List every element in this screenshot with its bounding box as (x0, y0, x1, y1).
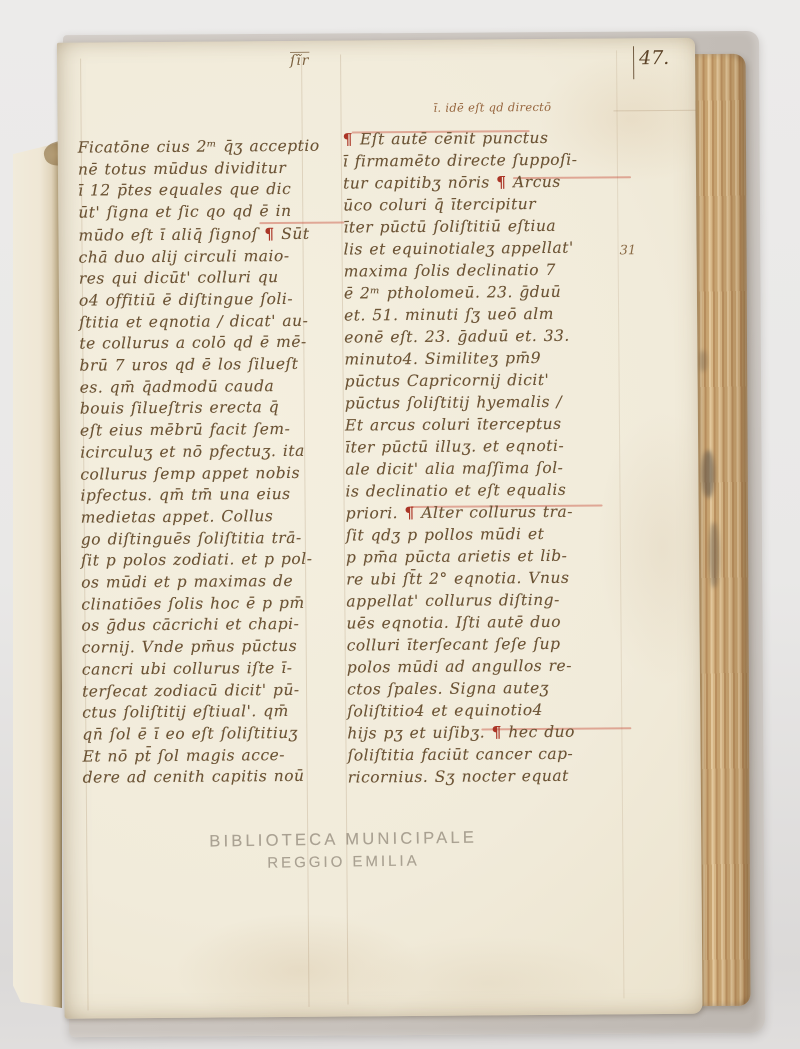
manuscript-text-line: hijs pʒ et uiſibʒ. ¶ hec duo (347, 721, 582, 745)
manuscript-text-line: tur capitibʒ nōris ¶ Arcus (343, 171, 578, 195)
text-segment: terſecat zodiacū dicit' pū- (82, 680, 300, 700)
manuscript-text-line: o4 offitiū ē diſtingue ſoli- (79, 289, 321, 313)
manuscript-text-line: pūctus Capricornij dicit' (345, 369, 580, 393)
manuscript-text-line: qn̄ ſol ē ī eo eſt ſoliſtitiuʒ (82, 723, 324, 747)
manuscript-text-line: os mūdi et p maximas de (81, 571, 323, 595)
manuscript-text-line: clinatiōes ſolis hoc ē p pm̄ (81, 592, 323, 616)
fore-edge-smudge (702, 450, 715, 498)
manuscript-text-line: os ḡdus cācrichi et chapi- (81, 614, 323, 638)
manuscript-text-line: ſit qdʒ p pollos mūdi et (346, 523, 581, 547)
manuscript-text-line: īter pūctū ſoliſtitiū eſtiua (343, 215, 578, 239)
manuscript-text-line: ūt' ſigna et ſic qo qd ē in (78, 201, 320, 225)
text-segment: nē totus mūdus dividitur (78, 159, 286, 179)
text-segment: te collurus a colō qd ē mē- (79, 333, 307, 353)
manuscript-text-line: īter pūctū illuʒ. et eqnoti- (345, 435, 580, 459)
library-stamp-line2: REGGIO EMILIA (168, 851, 518, 873)
text-segment: pūctus ſoliſtitij hyemalis / (345, 393, 563, 413)
text-segment: lis et equinotialeʒ appellat' (344, 239, 574, 259)
rubric-paraph-mark: ¶ (343, 129, 360, 148)
text-segment: clinatiōes ſolis hoc ē p pm̄ (81, 594, 304, 614)
manuscript-text-line: brū 7 uros qd ē los ſilueſt (79, 354, 321, 378)
text-segment: ſtitia et eqnotia / dicat' au- (79, 311, 308, 331)
text-segment: ricornius. Sʒ nocter equat (348, 767, 569, 787)
manuscript-text-line: et. 51. minuti ſʒ ueō alm (344, 303, 579, 327)
manuscript-text-line: appellat' collurus diſting- (346, 589, 581, 613)
manuscript-text-line: ī 12 p̄tes equales que dic (78, 179, 320, 203)
text-segment: ctos ſpales. Signa auteʒ (347, 679, 549, 699)
manuscript-text-line: maxima ſolis declinatio 7 (344, 259, 579, 283)
text-segment: medietas appet. Collus (81, 507, 274, 527)
text-segment: Sūt (275, 225, 310, 243)
manuscript-text-line: terſecat zodiacū dicit' pū- (82, 679, 324, 703)
manuscript-text-line: ipfectus. qm̄ tm̄ una eius (80, 484, 322, 508)
manuscript-text-line: ale dicit' alia maſſima ſol- (345, 457, 580, 481)
parchment-stain (174, 912, 425, 1029)
quire-mark: ſĩr (290, 53, 309, 69)
text-segment: colluri īterſecant ſeſe ſup (347, 635, 561, 655)
margin-gloss: ī. idē eſt qd directō (433, 100, 551, 116)
text-segment: ūt' ſigna et ſic qo qd ē in (78, 202, 291, 222)
manuscript-text-line: Ficatōne cius 2ᵐ q̄ʒ acceptio (78, 136, 320, 160)
text-segment: pūctus Capricornij dicit' (345, 371, 550, 391)
manuscript-text-line: eſt eius mēbrū facit ſem- (80, 419, 322, 443)
text-segment: icirculuʒ et nō pfectuʒ. ita (80, 442, 305, 462)
text-segment: es. qm̄ q̄admodū cauda (80, 377, 275, 397)
library-stamp: BIBLIOTECA MUNICIPALE REGGIO EMILIA (168, 828, 519, 873)
text-segment: ſoliſtitio4 et equinotio4 (347, 701, 543, 721)
text-segment: Ficatōne cius 2ᵐ q̄ʒ acceptio (78, 137, 320, 157)
manuscript-text-line: cancri ubi collurus iſte ī- (82, 658, 324, 682)
rubric-paraph-mark: ¶ (264, 224, 275, 243)
manuscript-text-line: Et arcus coluri īterceptus (345, 413, 580, 437)
manuscript-text-line: bouis ſilueſtris erecta q̄ (80, 397, 322, 421)
text-segment: tur capitibʒ nōris (343, 173, 496, 192)
manuscript-text-line: ī firmamēto directe ſuppoſi- (343, 149, 578, 173)
manuscript-text-line: go diſtinguēs ſoliſtitia trā- (81, 527, 323, 551)
manuscript-text-line: es. qm̄ q̄admodū cauda (80, 375, 322, 399)
manuscript-text-line: Et nō pt̄ ſol magis acce- (82, 744, 324, 768)
text-segment: īter pūctū ſoliſtitiū eſtiua (343, 217, 556, 237)
manuscript-text-line: ſit p polos zodiati. et p pol- (81, 549, 323, 573)
manuscript-page: ſĩr 47. ī. idē eſt qd directō 31 Ficatōn… (57, 38, 703, 1019)
text-segment: appellat' collurus diſting- (346, 591, 560, 611)
text-segment: collurus ſemp appet nobis (80, 463, 300, 483)
text-segment: īter pūctū illuʒ. et eqnoti- (345, 437, 564, 457)
text-segment: ſit qdʒ p pollos mūdi et (346, 525, 545, 545)
text-segment: Et arcus coluri īterceptus (345, 415, 562, 435)
manuscript-text-line: ūco coluri q̄ ītercipitur (343, 193, 578, 217)
manuscript-text-line: polos mūdi ad angullos re- (347, 655, 582, 679)
text-segment: os mūdi et p maximas de (81, 572, 293, 592)
text-segment: ſoliſtitia faciūt cancer cap- (347, 745, 573, 765)
facing-page-edge (13, 142, 62, 1008)
manuscript-text-line: ē 2ᵐ ptholomeū. 23. ḡduū (344, 281, 579, 305)
text-segment: brū 7 uros qd ē los ſilueſt (79, 355, 298, 375)
manuscript-text-line: medietas appet. Collus (81, 506, 323, 530)
text-column-right: ¶ Eſt autē cēnit punctusī firmamēto dire… (343, 127, 583, 789)
rubric-paraph-mark: ¶ (404, 503, 415, 522)
manuscript-text-line: mūdo eſt ī aliq̄ ſignoſ ¶ Sūt (78, 223, 320, 248)
folio-number: 47. (633, 46, 669, 79)
rubric-paraph-mark: ¶ (496, 172, 507, 191)
text-segment: ipfectus. qm̄ tm̄ una eius (80, 485, 290, 505)
text-segment: is declinatio et eſt equalis (345, 481, 566, 501)
rubric-paraph-mark: ¶ (492, 722, 503, 741)
manuscript-text-line: re ubi ſt̄t 2° eqnotia. Vnus (346, 567, 581, 591)
margin-number: 31 (620, 243, 637, 258)
manuscript-text-line: ctus ſoliſtitij eſtiual'. qm̄ (82, 701, 324, 725)
manuscript-text-line: pūctus ſoliſtitij hyemalis / (345, 391, 580, 415)
manuscript-text-line: dere ad cenith capitis noū (83, 766, 325, 790)
text-segment: Alter collurus tra- (415, 503, 573, 522)
text-segment: res qui dicūt' colluri qu (79, 268, 279, 288)
manuscript-text-line: chā duo alij circuli maio- (79, 245, 321, 269)
manuscript-text-line: is declinatio et eſt equalis (345, 479, 580, 503)
manuscript-text-line: ricornius. Sʒ nocter equat (348, 765, 583, 789)
text-segment: mūdo eſt ī aliq̄ ſignoſ (78, 225, 264, 244)
text-segment: o4 offitiū ē diſtingue ſoli- (79, 290, 293, 310)
manuscript-text-line: uēs eqnotia. Iſti autē duo (346, 611, 581, 635)
text-segment: hijs pʒ et uiſibʒ. (347, 723, 491, 742)
text-segment: cancri ubi collurus iſte ī- (82, 659, 293, 679)
manuscript-text-line: colluri īterſecant ſeſe ſup (347, 633, 582, 657)
text-segment: ale dicit' alia maſſima ſol- (345, 459, 563, 479)
library-stamp-line1: BIBLIOTECA MUNICIPALE (168, 828, 518, 852)
text-segment: bouis ſilueſtris erecta q̄ (80, 398, 279, 418)
ruling-line-horizontal (613, 110, 695, 112)
text-segment: uēs eqnotia. Iſti autē duo (346, 613, 561, 633)
photo-backdrop: ſĩr 47. ī. idē eſt qd directō 31 Ficatōn… (0, 0, 800, 1049)
manuscript-text-line: ¶ Eſt autē cēnit punctus (343, 127, 578, 151)
text-segment: ī 12 p̄tes equales que dic (78, 180, 291, 200)
fore-edge-smudge (709, 522, 719, 588)
manuscript-text-line: lis et equinotialeʒ appellat' (343, 237, 578, 261)
manuscript-text-line: ſoliſtitia faciūt cancer cap- (347, 743, 582, 767)
manuscript-text-line: nē totus mūdus dividitur (78, 157, 320, 181)
text-segment: eſt eius mēbrū facit ſem- (80, 420, 290, 440)
manuscript-text-line: res qui dicūt' colluri qu (79, 267, 321, 291)
text-segment: qn̄ ſol ē ī eo eſt ſoliſtitiuʒ (82, 724, 298, 744)
manuscript-text-line: p pm̄a pūcta arietis et lib- (346, 545, 581, 569)
text-segment: ī firmamēto directe ſuppoſi- (343, 151, 578, 171)
text-segment: ſit p polos zodiati. et p pol- (81, 550, 313, 570)
manuscript-text-line: ſtitia et eqnotia / dicat' au- (79, 310, 321, 334)
text-segment: cornij. Vnde pm̄us pūctus (82, 637, 298, 657)
text-segment: go diſtinguēs ſoliſtitia trā- (81, 529, 302, 549)
manuscript-text-line: eonē eſt. 23. ḡaduū et. 33. (344, 325, 579, 349)
text-segment: et. 51. minuti ſʒ ueō alm (344, 305, 554, 325)
text-segment: maxima ſolis declinatio 7 (344, 261, 556, 281)
text-segment: ē 2ᵐ ptholomeū. 23. ḡduū (344, 283, 561, 303)
text-column-left: Ficatōne cius 2ᵐ q̄ʒ acceptionē totus mū… (78, 136, 325, 790)
manuscript-text-line: cornij. Vnde pm̄us pūctus (82, 636, 324, 660)
manuscript-text-line: collurus ſemp appet nobis (80, 462, 322, 486)
text-segment: Eſt autē cēnit punctus (360, 129, 549, 148)
text-segment: Arcus (507, 173, 561, 191)
text-segment: re ubi ſt̄t 2° eqnotia. Vnus (346, 569, 569, 589)
manuscript-text-line: ctos ſpales. Signa auteʒ (347, 677, 582, 701)
text-segment: priori. (346, 504, 405, 522)
text-segment: ctus ſoliſtitij eſtiual'. qm̄ (82, 702, 289, 722)
manuscript-text-line: priori. ¶ Alter collurus tra- (346, 501, 581, 525)
manuscript-text-line: minuto4. Similiteʒ pm̄9 (344, 347, 579, 371)
text-segment: hec duo (502, 723, 575, 742)
text-segment: minuto4. Similiteʒ pm̄9 (344, 349, 541, 369)
manuscript-text-line: icirculuʒ et nō pfectuʒ. ita (80, 441, 322, 465)
text-segment: chā duo alij circuli maio- (79, 246, 290, 266)
manuscript-text-line: te collurus a colō qd ē mē- (79, 332, 321, 356)
text-segment: eonē eſt. 23. ḡaduū et. 33. (344, 327, 570, 347)
text-segment: os ḡdus cācrichi et chapi- (81, 615, 299, 635)
text-segment: Et nō pt̄ ſol magis acce- (82, 746, 285, 766)
ruling-line (616, 50, 624, 998)
text-segment: ūco coluri q̄ ītercipitur (343, 195, 536, 215)
text-segment: polos mūdi ad angullos re- (347, 657, 572, 677)
fore-edge-smudge (699, 350, 707, 372)
manuscript-text-line: ſoliſtitio4 et equinotio4 (347, 699, 582, 723)
text-segment: p pm̄a pūcta arietis et lib- (346, 547, 568, 567)
text-segment: dere ad cenith capitis noū (83, 767, 305, 787)
